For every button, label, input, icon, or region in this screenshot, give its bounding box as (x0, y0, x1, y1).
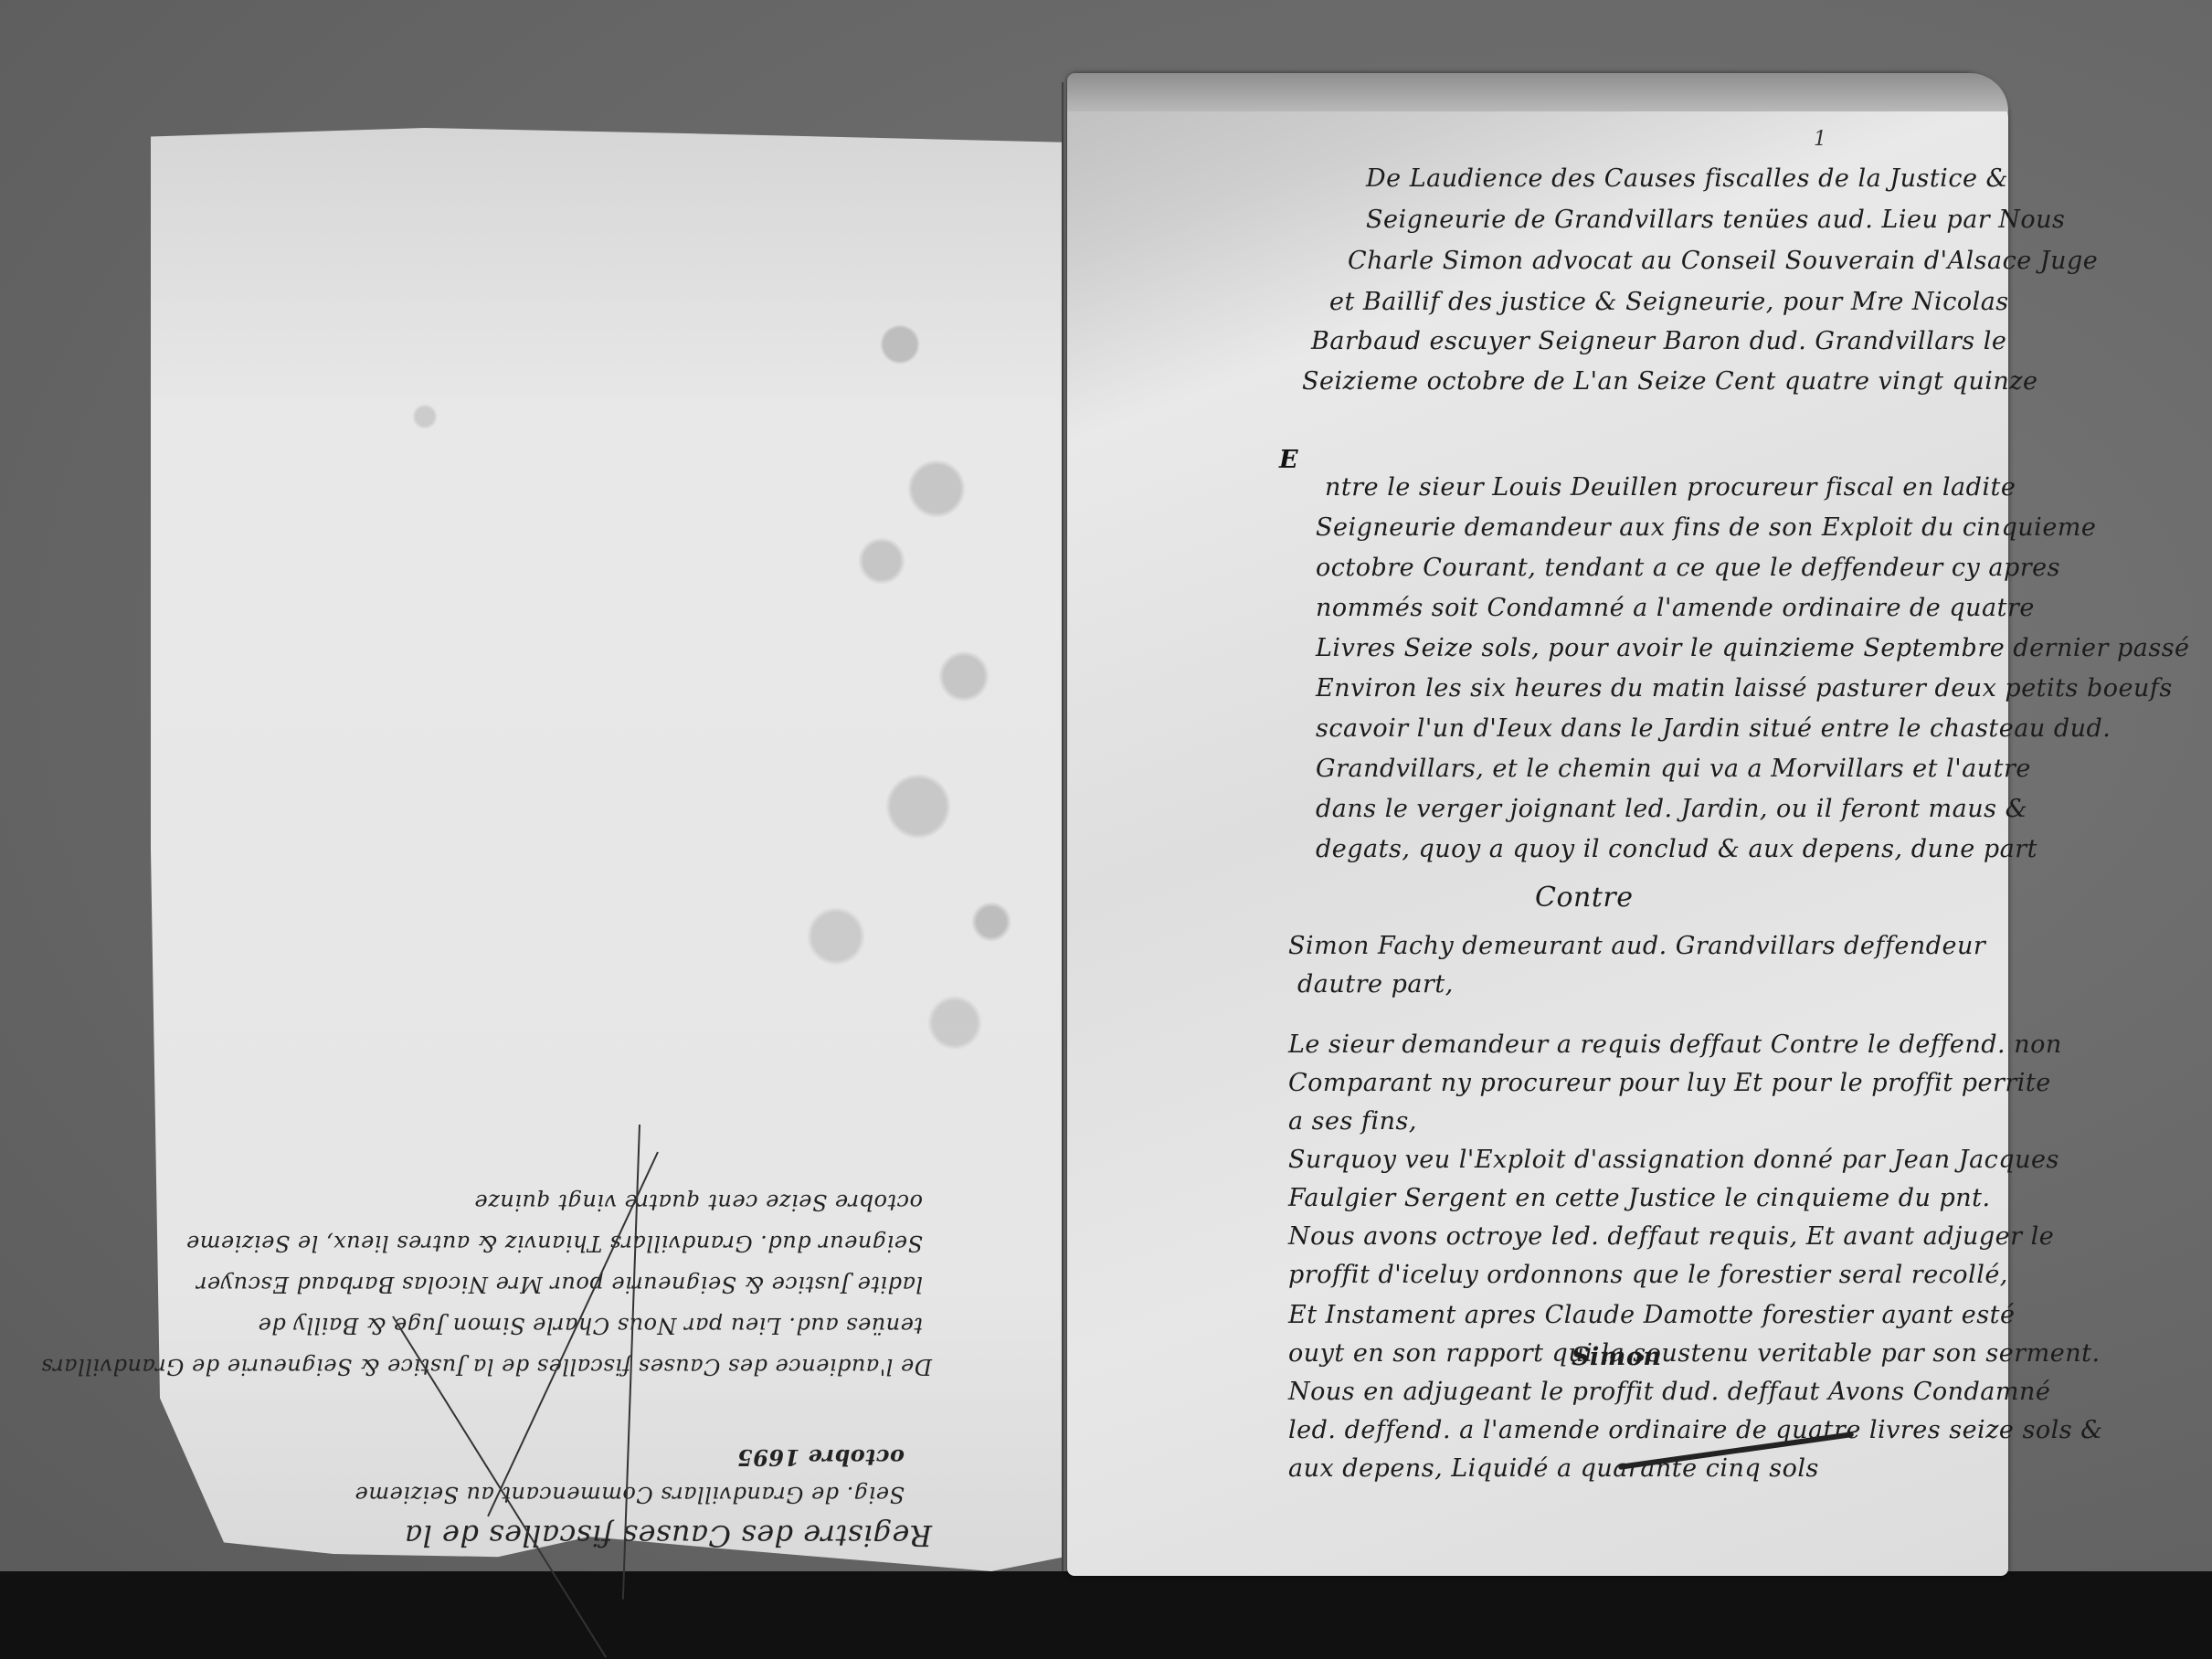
folio-number: 1 (1814, 128, 1826, 151)
para1-line-8: Grandvillars, et le chemin qui va a Morv… (1316, 755, 2031, 783)
para1-line-2: Seigneurie demandeur aux fins de son Exp… (1316, 513, 2096, 542)
note-line-5: octobre Seize cent quatre vingt quinze (474, 1189, 923, 1215)
para3-line-2: Comparant ny procureur pour luy Et pour … (1288, 1069, 2051, 1097)
para5-line-2: ouyt en son rapport qui la soustenu veri… (1288, 1339, 2101, 1368)
register-label-line-3: octobre 1695 (736, 1444, 905, 1471)
register-label-line-2: Seig. de Grandvillars Commencant au Seiz… (355, 1482, 905, 1507)
para1-line-7: scavoir l'un d'Ieux dans le Jardin situé… (1316, 714, 2111, 743)
note-line-2: tenües aud. Lieu par Nous Charle Simon J… (258, 1313, 923, 1338)
note-line-3: ladite Justice & Seigneurie pour Mre Nic… (196, 1272, 923, 1297)
para4-line-1: Surquoy veu l'Exploit d'assignation donn… (1288, 1146, 2059, 1174)
contre-heading: Contre (1535, 882, 1634, 914)
note-line-1: De l'audience des Causes fiscalles de la… (41, 1354, 932, 1379)
table-edge (0, 1571, 2212, 1659)
para4-line-3: Nous avons octroye led. deffaut requis, … (1288, 1222, 2054, 1251)
left-page-upside-down-note: Registre des Causes fiscalles de la Seig… (219, 1124, 932, 1562)
para5-line-5: aux depens, Liquidé a quarante cinq sols (1288, 1454, 1819, 1483)
para1-line-9: dans le verger joignant led. Jardin, ou … (1316, 795, 2027, 823)
para1-line-3: octobre Courant, tendant a ce que le def… (1316, 554, 2060, 582)
para2-line-1: Simon Fachy demeurant aud. Grandvillars … (1288, 932, 1985, 960)
para5-line-1: Et Instament apres Claude Damotte forest… (1288, 1301, 2015, 1329)
para3-line-1: Le sieur demandeur a requis deffaut Cont… (1288, 1030, 2062, 1059)
para2-line-2: dautre part, (1297, 970, 1454, 999)
heading-line-6: Seizieme octobre de L'an Seize Cent quat… (1302, 367, 2037, 396)
para1-line-10: degats, quoy a quoy il conclud & aux dep… (1316, 835, 2037, 863)
para5-line-4: led. deffend. a l'amende ordinaire de qu… (1288, 1416, 2103, 1444)
heading-line-1: De Laudience des Causes fiscalles de la … (1366, 164, 2008, 193)
note-line-4: Seigneur dud. Grandvillars Thianviz & au… (186, 1231, 923, 1256)
heading-line-4: et Baillif des justice & Seigneurie, pou… (1329, 288, 2009, 316)
heading-line-5: Barbaud escuyer Seigneur Baron dud. Gran… (1311, 327, 2006, 355)
para4-line-2: Faulgier Sergent en cette Justice le cin… (1288, 1184, 1991, 1212)
para3-line-3: a ses fins, (1288, 1107, 1417, 1136)
drop-cap: E (1279, 448, 1298, 472)
para1-line-4: nommés soit Condamné a l'amende ordinair… (1316, 594, 2035, 622)
para1-line-1: ntre le sieur Louis Deuillen procureur f… (1325, 473, 2016, 502)
signature: Simon (1572, 1343, 1661, 1371)
para5-line-3: Nous en adjugeant le proffit dud. deffau… (1288, 1378, 2050, 1406)
para1-line-5: Livres Seize sols, pour avoir le quinzie… (1316, 634, 2190, 662)
para1-line-6: Environ les six heures du matin laissé p… (1316, 674, 2173, 703)
para4-line-4: proffit d'iceluy ordonnons que le forest… (1288, 1261, 2008, 1289)
heading-line-2: Seigneurie de Grandvillars tenües aud. L… (1366, 206, 2065, 234)
register-label-line-1: Registre des Causes fiscalles de la (405, 1518, 932, 1553)
heading-line-3: Charle Simon advocat au Conseil Souverai… (1348, 247, 2098, 275)
